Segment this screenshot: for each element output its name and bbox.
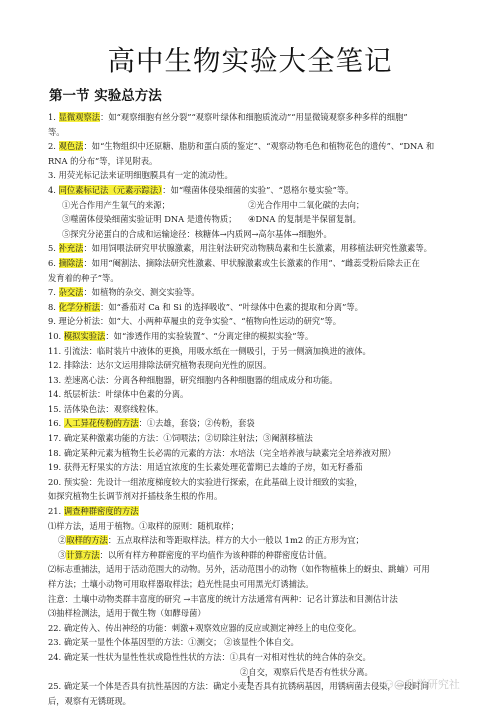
highlighted-term: 同位素标记法（元素示踪法） — [59, 185, 163, 195]
highlighted-term: 摘除法 — [59, 258, 84, 268]
line-text: ：如植物的杂交、测交实验等。 — [83, 287, 199, 297]
line-text: ⑴样方法，适用于植物。①取样的原则：随机取样； — [48, 521, 239, 531]
text-line: 9. 理论分析法：如“大、小两种草履虫的竞争实验”、“植物向性运动的研究”等。 — [48, 314, 468, 329]
line-text: ⑵标志重捕法，适用于活动范围大的动物。另外，活动范围小的动物（如作物植株上的蚜虫… — [48, 564, 430, 574]
line-text: ：以所有样方种群密度的平均值作为该种群的种群密度估计值。 — [100, 550, 332, 560]
line-text: ⑶抽样检测法，适用于微生物（如酵母菌） — [48, 608, 206, 618]
text-line: 1. 显微观察法：如“观察细胞有丝分裂”“观察叶绿体和细胞质流动”“用显微镜观察… — [48, 110, 468, 125]
highlighted-term: 计算方法 — [66, 550, 99, 560]
page-number: 1 — [246, 676, 252, 686]
line-text: 16. — [48, 418, 64, 428]
line-text: 24. 确定某一性状为显性性状或隐性性状的方法：①具有一对相对性状的纯合体的杂交… — [48, 652, 371, 662]
text-line: 16. 人工异花传粉的方法：①去雄，套袋；②传粉，套袋 — [48, 416, 468, 431]
line-text: ：如“观察细胞有丝分裂”“观察叶绿体和细胞质流动”“用显微镜观察多种多样的细胞” — [100, 112, 408, 122]
line-text: 注意：土壤中动物类群丰富度的研究 →丰富度的统计方法通常有两种：记名计算法和目测… — [48, 594, 398, 604]
text-line: 8. 化学分析法：如“番茄对 Ca 和 Si 的选择吸收”、“叶绿体中色素的提取… — [48, 300, 468, 315]
line-text: 7. — [48, 287, 59, 297]
line-text: 18. 确定某种元素为植物生长必需的元素的方法：水培法（完全培养液与缺素完全培养… — [48, 448, 396, 458]
line-text: 22. 确定传入、传出神经的功能：刺激+观察效应器的反应或测定神经上的电位变化。 — [48, 623, 361, 633]
text-line: ⑤探究分泌蛋白的合成和运输途径：核糖体→内质网→高尔基体→细胞外。 — [48, 227, 468, 242]
highlighted-term: 化学分析法 — [59, 302, 101, 312]
line-text: 15. 活体染色法：观察线粒体。 — [48, 404, 163, 414]
line-text: ：如“生物组织中还原糖、脂肪和蛋白质的鉴定”、“观察动物毛色和植物花色的遗传”、… — [83, 141, 434, 151]
text-line: ⑴样方法，适用于植物。①取样的原则：随机取样； — [48, 519, 468, 534]
line-text: 4. — [48, 185, 59, 195]
line-text: 如探究植物生长调节剂对扦插枝条生根的作用。 — [48, 491, 222, 501]
line-text: 发育着的种子”等。 — [48, 273, 119, 283]
highlighted-term: 杂交法 — [59, 287, 84, 297]
line-text: ：①去雄，套袋；②传粉，套袋 — [139, 418, 255, 428]
line-text: 8. — [48, 302, 59, 312]
line-text: 9. 理论分析法：如“大、小两种草履虫的竞争实验”、“植物向性运动的研究”等。 — [48, 316, 341, 326]
line-text: 后，观察有无锈斑现。 — [48, 696, 131, 706]
text-line: 发育着的种子”等。 — [48, 271, 468, 286]
text-line: RNA 的分布”等，详见附表。 — [48, 154, 468, 169]
text-line: 19. 获得无籽果实的方法：用适宜浓度的生长素处理花蕾期已去雄的子房，如无籽番茄 — [48, 460, 468, 475]
text-line: 5. 补充法：如用饲喂法研究甲状腺激素，用注射法研究动物胰岛素和生长激素，用移植… — [48, 241, 468, 256]
text-line: 20. 预实验：先设计一组浓度梯度较大的实验进行探索，在此基础上设计细致的实验， — [48, 475, 468, 490]
line-text: 20. 预实验：先设计一组浓度梯度较大的实验进行探索，在此基础上设计细致的实验， — [48, 477, 363, 487]
line-text: 6. — [48, 258, 59, 268]
line-text: ：如“番茄对 Ca 和 Si 的选择吸收”、“叶绿体中色素的提取和分离”等。 — [100, 302, 363, 312]
text-line: 18. 确定某种元素为植物生长必需的元素的方法：水培法（完全培养液与缺素完全培养… — [48, 446, 468, 461]
text-line: 12. 排除法：达尔文运用排除法研究植物表现向光性的原因。 — [48, 358, 468, 373]
text-line: ②取样的方法：五点取样法和等距取样法。样方的大小一般以 1m2 的正方形为宜； — [48, 533, 468, 548]
line-text: 等。 — [48, 127, 65, 137]
line-text: 25. 确定某一个体是否具有抗性基因的方法：确定小麦是否具有抗锈病基因，用锈病菌… — [48, 681, 429, 691]
line-text: ：五点取样法和等距取样法。样方的大小一般以 1m2 的正方形为宜； — [108, 535, 364, 545]
line-text: 13. 差速离心法：分离各种细胞器，研究细胞内各种细胞器的组成成分和功能。 — [48, 375, 338, 385]
highlighted-term: 显微观察法 — [59, 112, 101, 122]
text-line: 21. 调查种群密度的方法 — [48, 504, 468, 519]
text-line: 等。 — [48, 125, 468, 140]
text-line: 22. 确定传入、传出神经的功能：刺激+观察效应器的反应或测定神经上的电位变化。 — [48, 621, 468, 636]
line-text: 10. — [48, 331, 64, 341]
text-line: 注意：土壤中动物类群丰富度的研究 →丰富度的统计方法通常有两种：记名计算法和目测… — [48, 592, 468, 607]
line-text: ：如用饲喂法研究甲状腺激素，用注射法研究动物胰岛素和生长激素，用移植法研究性激素… — [83, 243, 431, 253]
line-text: 11. 引流法：临时装片中液体的更换，用吸水纸在一侧吸引，于另一侧滴加换进的液体… — [48, 346, 371, 356]
line-text: 1. — [48, 112, 59, 122]
line-text: ⑤探究分泌蛋白的合成和运输途径：核糖体→内质网→高尔基体→细胞外。 — [62, 229, 332, 239]
line-text: ②自交，观察后代是否有性状分离。 — [240, 667, 373, 677]
text-line: 10. 模拟实验法：如“渗透作用的实验装置”、“分离定律的模拟实验”等。 — [48, 329, 468, 344]
highlighted-term: 补充法 — [59, 243, 84, 253]
text-line: 4. 同位素标记法（元素示踪法）：如“噬菌体侵染细菌的实验”、“恩格尔曼实验”等… — [48, 183, 468, 198]
text-line: 23. 确定某一显性个体基因型的方法：①测交； ②该显性个体自交。 — [48, 635, 468, 650]
text-line: ①光合作用产生氧气的来源；②光合作用中二氧化碳的去向； — [48, 198, 468, 213]
text-line: 样方法；土壤小动物可用取样器取样法；趋光性昆虫可用黑光灯诱捕法。 — [48, 577, 468, 592]
text-line: ⑵标志重捕法，适用于活动范围大的动物。另外，活动范围小的动物（如作物植株上的蚜虫… — [48, 562, 468, 577]
text-line: 13. 差速离心法：分离各种细胞器，研究细胞内各种细胞器的组成成分和功能。 — [48, 373, 468, 388]
line-text: 样方法；土壤小动物可用取样器取样法；趋光性昆虫可用黑光灯诱捕法。 — [48, 579, 314, 589]
page-title: 高中生物实验大全笔记 — [0, 38, 500, 78]
line-text: 23. 确定某一显性个体基因型的方法：①测交； ②该显性个体自交。 — [48, 637, 299, 647]
watermark: ⚇@升学研究社 — [384, 676, 460, 692]
highlighted-term: 调查种群密度的方法 — [64, 506, 139, 516]
text-line: 14. 纸层析法：叶绿体中色素的分离。 — [48, 387, 468, 402]
highlighted-term: 观色法 — [59, 141, 84, 151]
highlighted-term: 模拟实验法 — [64, 331, 106, 341]
text-line: 2. 观色法：如“生物组织中还原糖、脂肪和蛋白质的鉴定”、“观察动物毛色和植物花… — [48, 139, 468, 154]
line-text: 2. — [48, 141, 59, 151]
line-text: ③噬菌体侵染细菌实验证明 DNA 是遗传物质； — [62, 214, 237, 224]
line-text: ：如“渗透作用的实验装置”、“分离定律的模拟实验”等。 — [105, 331, 313, 341]
line-text: 3. 用荧光标记法来证明细胞膜具有一定的流动性。 — [48, 170, 233, 180]
text-line: 后，观察有无锈斑现。 — [48, 694, 468, 707]
text-line: 15. 活体染色法：观察线粒体。 — [48, 402, 468, 417]
text-line: ③计算方法：以所有样方种群密度的平均值作为该种群的种群密度估计值。 — [48, 548, 468, 563]
line-text: 17. 确定某种激素功能的方法：①饲喂法；②切除注射法；③阉割移植法 — [48, 433, 313, 443]
highlighted-term: 取样的方法 — [66, 535, 108, 545]
section-title: 第一节 实验总方法 — [49, 84, 162, 104]
line-text: 12. 排除法：达尔文运用排除法研究植物表现向光性的原因。 — [48, 360, 271, 370]
line-text: ：如用“阉割法、摘除法研究性激素、甲状腺激素或生长激素的作用”、“雌蕊受粉后除去… — [83, 258, 419, 268]
text-line: 如探究植物生长调节剂对扦插枝条生根的作用。 — [48, 489, 468, 504]
line-text: ④DNA 的复制是半保留复制。 — [248, 212, 361, 227]
line-text: 19. 获得无籽果实的方法：用适宜浓度的生长素处理花蕾期已去雄的子房，如无籽番茄 — [48, 462, 363, 472]
document-body: 1. 显微观察法：如“观察细胞有丝分裂”“观察叶绿体和细胞质流动”“用显微镜观察… — [48, 110, 468, 707]
text-line: 7. 杂交法：如植物的杂交、测交实验等。 — [48, 285, 468, 300]
text-line: 6. 摘除法：如用“阉割法、摘除法研究性激素、甲状腺激素或生长激素的作用”、“雌… — [48, 256, 468, 271]
text-line: 11. 引流法：临时装片中液体的更换，用吸水纸在一侧吸引，于另一侧滴加换进的液体… — [48, 344, 468, 359]
line-text: ：如“噬菌体侵染细菌的实验”、“恩格尔曼实验”等。 — [162, 185, 353, 195]
text-line: ③噬菌体侵染细菌实验证明 DNA 是遗传物质；④DNA 的复制是半保留复制。 — [48, 212, 468, 227]
line-text: 14. 纸层析法：叶绿体中色素的分离。 — [48, 389, 188, 399]
text-line: ⑶抽样检测法，适用于微生物（如酵母菌） — [48, 606, 468, 621]
line-text: 21. — [48, 506, 64, 516]
text-line: 17. 确定某种激素功能的方法：①饲喂法；②切除注射法；③阉割移植法 — [48, 431, 468, 446]
text-line: 24. 确定某一性状为显性性状或隐性性状的方法：①具有一对相对性状的纯合体的杂交… — [48, 650, 468, 665]
line-text: 5. — [48, 243, 59, 253]
text-line: 3. 用荧光标记法来证明细胞膜具有一定的流动性。 — [48, 168, 468, 183]
line-text: RNA 的分布”等，详见附表。 — [48, 156, 157, 166]
highlighted-term: 人工异花传粉的方法 — [64, 418, 139, 428]
line-text: ②光合作用中二氧化碳的去向； — [248, 198, 364, 213]
line-text: ①光合作用产生氧气的来源； — [62, 200, 170, 210]
